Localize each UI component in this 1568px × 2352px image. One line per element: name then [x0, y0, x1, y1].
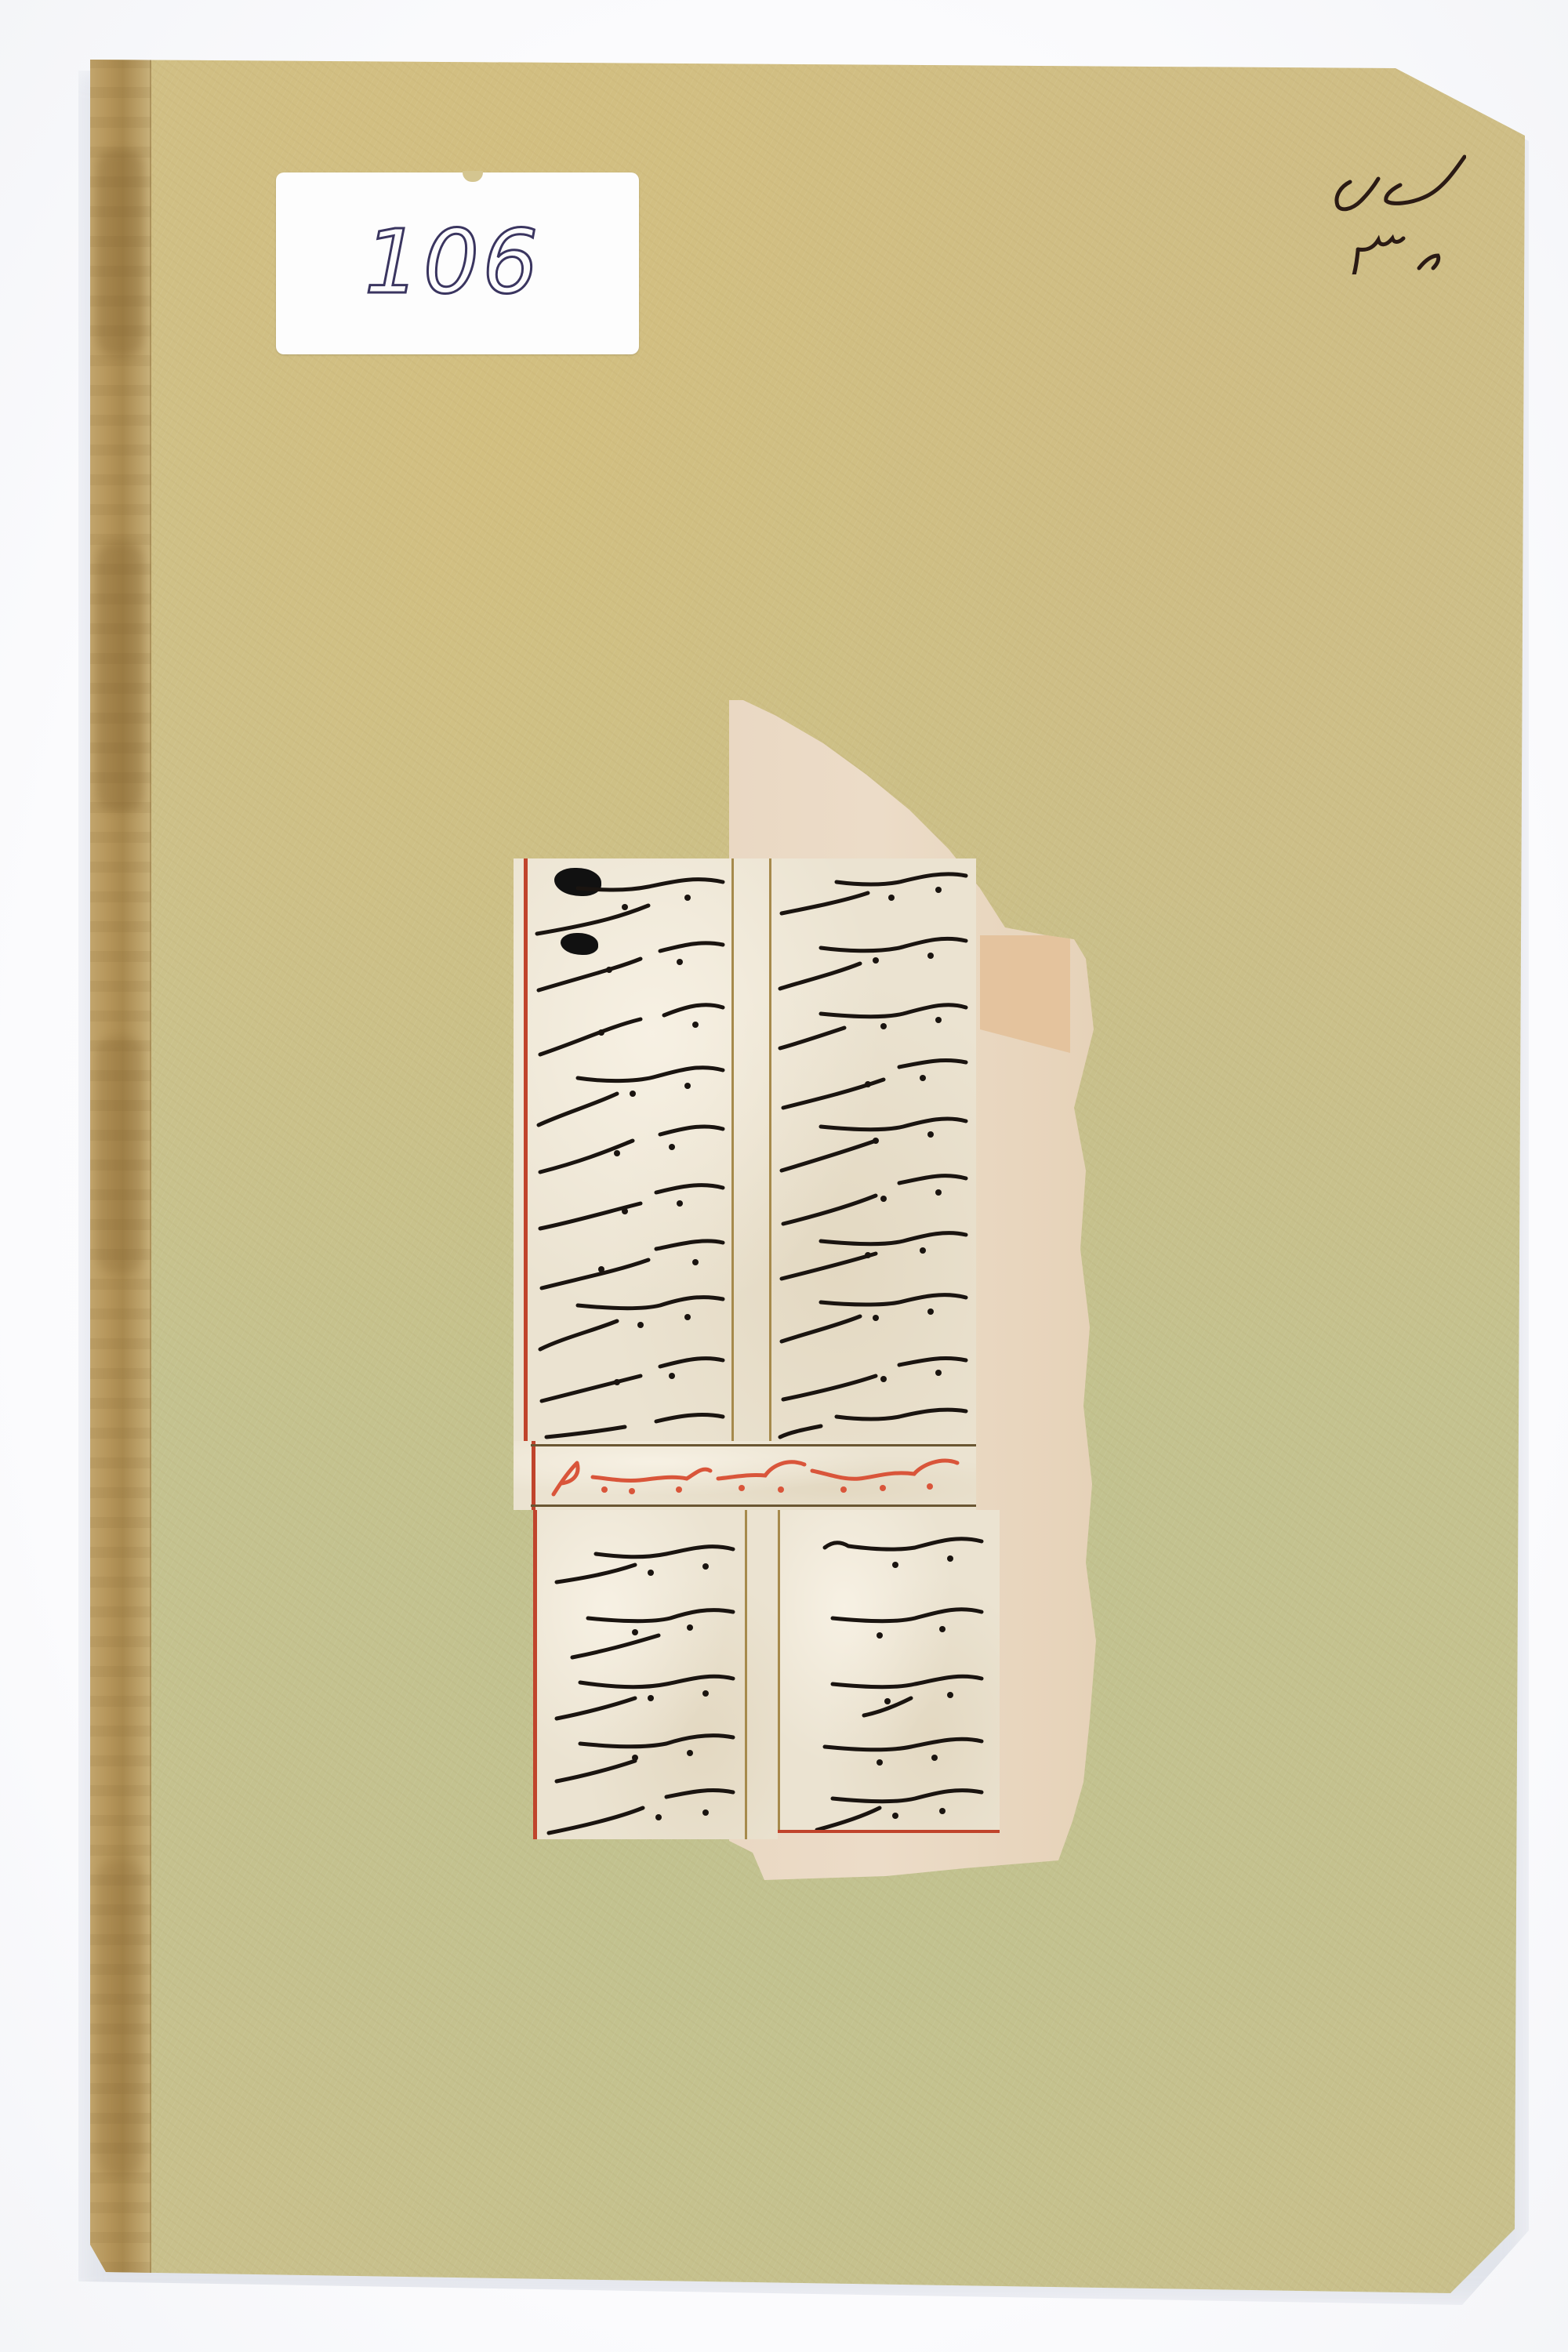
spine-stain	[96, 1860, 143, 2174]
margin-rule	[532, 1441, 535, 1510]
cloth-spine	[90, 57, 151, 2293]
column-lower-left	[541, 1510, 741, 1839]
fragment-lower-right-section	[778, 1510, 1000, 1833]
column-rule	[731, 858, 734, 1441]
fragment-upper-section	[514, 858, 976, 1441]
rubric-top-rule	[531, 1444, 976, 1446]
handwritten-shelfmark: س ل ۳۸	[1286, 133, 1466, 274]
column-rule	[745, 1510, 747, 1839]
column-upper-left	[531, 858, 728, 1441]
photo-stage: 106 س ل ۳۸	[0, 0, 1568, 2352]
backing-patch	[980, 935, 1070, 1053]
margin-rule	[533, 1510, 537, 1839]
calligraphy-lines-icon	[774, 858, 974, 1441]
red-calligraphy-icon	[545, 1447, 962, 1502]
margin-rule	[524, 858, 528, 1441]
rubric-heading-text	[545, 1447, 962, 1502]
column-rule	[769, 858, 771, 1441]
spine-stain	[96, 151, 143, 355]
column-lower-right	[786, 1510, 989, 1833]
column-upper-right	[774, 858, 974, 1441]
label-tear	[463, 171, 483, 182]
fragment-lower-left-section	[533, 1510, 778, 1839]
column-rule	[778, 1510, 780, 1833]
rubric-heading-band	[514, 1441, 976, 1510]
catalogue-label: 106	[276, 172, 639, 354]
spine-stain	[96, 1037, 143, 1272]
catalogue-number: 106	[271, 212, 634, 314]
calligraphy-lines-icon	[541, 1510, 741, 1839]
rubric-bottom-rule	[531, 1504, 976, 1507]
spine-stain	[96, 543, 143, 810]
fragment-bottom-rule	[778, 1830, 1000, 1833]
calligraphy-lines-icon	[531, 858, 728, 1441]
calligraphy-lines-icon	[786, 1510, 989, 1833]
manuscript-fragment	[514, 858, 976, 1838]
shelfmark-ink-icon	[1286, 133, 1466, 274]
